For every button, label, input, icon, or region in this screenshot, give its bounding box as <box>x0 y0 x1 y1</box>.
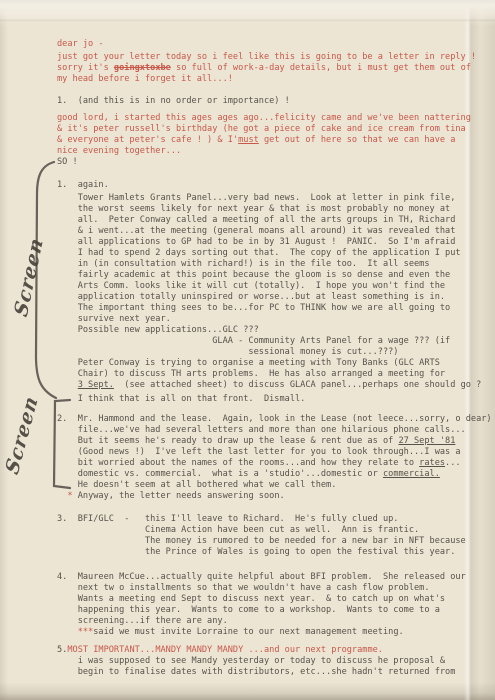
letter-text-segment: bit worried about the names of the rooms… <box>57 458 419 468</box>
letter-line: GLAA - Community Arts Panel for a wage ?… <box>57 336 495 347</box>
letter-text-segment: 3 Sept. <box>78 380 114 390</box>
letter-text-segment: next tw o installments so that we wouldn… <box>57 583 430 593</box>
letter-text-segment: & it's peter russell's birthday (he got … <box>57 124 466 134</box>
letter-line: dear jo - <box>57 39 495 50</box>
letter-text-segment: i was supposed to see Mandy yesterday or… <box>57 656 445 666</box>
letter-text-segment: 5. <box>57 645 67 655</box>
section2-margin-bracket <box>46 394 72 496</box>
letter-line: (Good news !) I've left the last letter … <box>57 447 495 458</box>
letter-text-segment: But it seems he's ready to draw up the l… <box>57 436 398 446</box>
letter-text-segment: He doesn't seem at all bothered what we … <box>57 480 336 490</box>
letter-line: all applications to GP had to be in by 3… <box>57 237 495 248</box>
letter-text-segment: Arts Comm. looks like it will cut (total… <box>57 281 445 291</box>
letter-line: 5.MOST IMPORTANT...MANDY MANDY MANDY ...… <box>57 645 495 656</box>
letter-text-segment: my head before i forget it all...! <box>57 74 233 84</box>
letter-text-segment: screening...if there are any. <box>57 616 228 626</box>
letter-text-segment: all applications to GP had to be in by 3… <box>57 237 455 247</box>
letter-text-segment: all. Peter Conway called a meeting of al… <box>57 215 455 225</box>
letter-line: survive next year. <box>57 314 495 325</box>
letter-text-segment <box>57 627 78 637</box>
letter-text-segment: Wants a meeting end Sept to discuss next… <box>57 594 445 604</box>
letter-text-segment: Anyway, the letter needs answering soon. <box>73 491 285 501</box>
letter-text-segment: sessional money is cut...???) <box>57 347 398 357</box>
letter-line: SO ! <box>57 157 495 168</box>
letter-text-segment: application totally uninspired or worse.… <box>57 292 445 302</box>
letter-text-segment: just got your letter today so i feel lik… <box>57 52 476 62</box>
letter-text-segment: Cinema Action have been cut as well. Ann… <box>57 525 419 535</box>
letter-line: nice evening together... <box>57 146 495 157</box>
letter-line: next tw o installments so that we wouldn… <box>57 583 495 594</box>
letter-line: Arts Comm. looks like it will cut (total… <box>57 281 495 292</box>
letter-text-segment: said we must invite Lorraine to our next… <box>93 627 403 637</box>
letter-line: 1. (and this is in no order or importanc… <box>57 96 495 107</box>
letter-lines: dear jo -just got your letter today so i… <box>57 39 495 678</box>
letter-line: The money is rumored to be needed for a … <box>57 536 495 547</box>
letter-line: i was supposed to see Mandy yesterday or… <box>57 656 495 667</box>
letter-text-segment: domestic vs. commercial. what is a 'stud… <box>57 469 383 479</box>
letter-line: the Prince of Wales is going to open the… <box>57 547 495 558</box>
letter-text-segment: (see attached sheet) to discuss GLACA pa… <box>114 380 481 390</box>
letter-text-segment: begin to finalise dates with distributor… <box>57 667 455 677</box>
letter-line: sorry it's goingxtoxbe so full of work-a… <box>57 63 495 74</box>
letter-line: Wants a meeting end Sept to discuss next… <box>57 594 495 605</box>
letter-line: 1. again. <box>57 180 495 191</box>
letter-line: the worst seems likely for next year & t… <box>57 204 495 215</box>
letter-line: screening...if there are any. <box>57 616 495 627</box>
letter-line: begin to finalise dates with distributor… <box>57 667 495 678</box>
letter-line: 3. BFI/GLC - this I'll leave to Richard.… <box>57 514 495 525</box>
letter-text-segment: 1. (and this is in no order or importanc… <box>57 96 290 106</box>
letter-text-segment: 4. Maureen McCue...actually quite helpfu… <box>57 572 466 582</box>
letter-text-segment: commercial. <box>383 469 440 479</box>
letter-text-segment: get out of here so that we can have a <box>259 135 456 145</box>
letter-text-segment: fairly academic at this point because th… <box>57 270 450 280</box>
letter-line: & it's peter russell's birthday (he got … <box>57 124 495 135</box>
letter-line: He doesn't seem at all bothered what we … <box>57 480 495 491</box>
letter-text-segment: goingxtoxbe <box>114 63 171 73</box>
letter-text-segment: I think that is all on that front. Disma… <box>57 394 305 404</box>
letter-line: Cinema Action have been cut as well. Ann… <box>57 525 495 536</box>
letter-text-segment: Possible new applications...GLC ??? <box>57 325 259 335</box>
handwritten-screen-label-2: Screen <box>0 378 46 493</box>
letter-text-segment: dear jo - <box>57 39 104 49</box>
letter-text-segment: I had to spend 2 days sorting out that. … <box>57 248 461 258</box>
letter-text-segment: & everyone at peter's cafe ! ) & I' <box>57 135 238 145</box>
letter-line: I had to spend 2 days sorting out that. … <box>57 248 495 259</box>
letter-text-segment: The money is rumored to be needed for a … <box>57 536 466 546</box>
letter-text-segment: the Prince of Wales is going to open the… <box>57 547 455 557</box>
letter-line: Chair) to discuss TH arts problems. He h… <box>57 369 495 380</box>
letter-text-segment: GLAA - Community Arts Panel for a wage ?… <box>57 336 450 346</box>
letter-text-segment: 27 Sept '81 <box>398 436 455 446</box>
letter-text-segment: MOST IMPORTANT...MANDY MANDY MANDY ...an… <box>67 645 383 655</box>
letter-text-segment: 3. BFI/GLC - this I'll leave to Richard.… <box>57 514 398 524</box>
letter-line: But it seems he's ready to draw up the l… <box>57 436 495 447</box>
letter-line: Possible new applications...GLC ??? <box>57 325 495 336</box>
letter-text-segment: & i went...at the meeting (general moans… <box>57 226 455 236</box>
letter-line: & everyone at peter's cafe ! ) & I'must … <box>57 135 495 146</box>
letter-text-segment: The important thing sees to be...for PC … <box>57 303 450 313</box>
letter-text-segment: Peter Conway is trying to organise a mee… <box>57 358 440 368</box>
letter-line: The important thing sees to be...for PC … <box>57 303 495 314</box>
letter-line: just got your letter today so i feel lik… <box>57 52 495 63</box>
letter-text-segment: ... <box>445 458 461 468</box>
letter-line: good lord, i started this ages ages ago.… <box>57 113 495 124</box>
letter-text-segment: 2. Mr. Hammond and the lease. Again, loo… <box>57 414 492 424</box>
letter-line: all. Peter Conway called a meeting of al… <box>57 215 495 226</box>
letter-text-segment: file...we've had several letters and mor… <box>57 425 466 435</box>
letter-line: I think that is all on that front. Disma… <box>57 394 495 405</box>
letter-page: dear jo -just got your letter today so i… <box>0 0 495 700</box>
letter-text-segment: nice evening together... <box>57 146 181 156</box>
letter-line: application totally uninspired or worse.… <box>57 292 495 303</box>
letter-text-segment: sorry it's <box>57 63 114 73</box>
letter-line: Tower Hamlets Grants Panel...very bad ne… <box>57 193 495 204</box>
letter-line: 3 Sept. (see attached sheet) to discuss … <box>57 380 495 391</box>
letter-text-segment: Tower Hamlets Grants Panel...very bad ne… <box>57 193 455 203</box>
letter-line: file...we've had several letters and mor… <box>57 425 495 436</box>
letter-line: * Anyway, the letter needs answering soo… <box>57 491 495 502</box>
letter-line: Peter Conway is trying to organise a mee… <box>57 358 495 369</box>
letter-text-segment: (Good news !) I've left the last letter … <box>57 447 461 457</box>
letter-text-segment: so full of work-a-day details, but i mus… <box>171 63 471 73</box>
letter-text-segment: the worst seems likely for next year & t… <box>57 204 450 214</box>
letter-text-segment: must <box>238 135 259 145</box>
letter-text-segment: happening this year. Wants to come to a … <box>57 605 440 615</box>
letter-line: fairly academic at this point because th… <box>57 270 495 281</box>
letter-line: 4. Maureen McCue...actually quite helpfu… <box>57 572 495 583</box>
letter-line: in (in consultation with richard!) is in… <box>57 259 495 270</box>
letter-line: domestic vs. commercial. what is a 'stud… <box>57 469 495 480</box>
letter-line: sessional money is cut...???) <box>57 347 495 358</box>
letter-text-segment: *** <box>78 627 94 637</box>
letter-text-segment: good lord, i started this ages ages ago.… <box>57 113 471 123</box>
letter-text-segment: Chair) to discuss TH arts problems. He h… <box>57 369 445 379</box>
letter-line: 2. Mr. Hammond and the lease. Again, loo… <box>57 414 495 425</box>
letter-line: bit worried about the names of the rooms… <box>57 458 495 469</box>
letter-text-segment: survive next year. <box>57 314 171 324</box>
letter-line: my head before i forget it all...! <box>57 74 495 85</box>
letter-line: & i went...at the meeting (general moans… <box>57 226 495 237</box>
letter-line: ***said we must invite Lorraine to our n… <box>57 627 495 638</box>
letter-text-segment: in (in consultation with richard!) is in… <box>57 259 430 269</box>
letter-text-segment: rates <box>419 458 445 468</box>
letter-line: happening this year. Wants to come to a … <box>57 605 495 616</box>
